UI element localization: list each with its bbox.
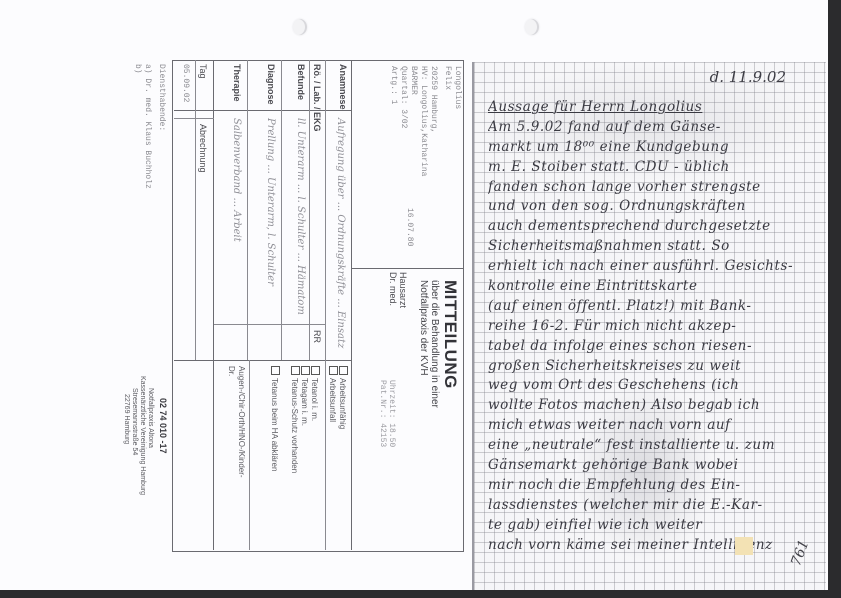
note-date: d. 11.9.02 [710, 68, 786, 86]
punch-hole-left [293, 19, 307, 35]
checkbox-tetagam[interactable]: Tetagam i. m. [300, 366, 310, 426]
practice-org: Kassenärztliche Vereinigung Hamburg [139, 376, 146, 495]
note-line: markt um 18⁰⁰ eine Kundgebung [488, 138, 823, 158]
scan-border-bottom [0, 590, 841, 598]
note-line: tabel da infolge eines schon riesen- [488, 337, 823, 357]
diensthabende-label: Diensthabende: [157, 64, 166, 131]
scan-border-right [828, 0, 841, 598]
rr-label: RR [312, 330, 322, 343]
note-text: Aussage für Herrn Longolius Am 5.9.02 fa… [488, 98, 823, 555]
form-title: MITTEILUNG [440, 280, 460, 389]
patient-birthdate: 16.07.80 [405, 208, 414, 246]
row-label-roentgen: Rö. / Lab. / EKG [312, 64, 322, 132]
note-line: te gab) einfiel wie ich weiter [488, 516, 823, 536]
checkbox-arbeitsunfall[interactable]: Arbeitsunfall [328, 366, 338, 422]
note-line: reihe 16-2. Für mich nicht akzep- [488, 317, 823, 337]
tag-value: 05.09.02 [181, 64, 190, 102]
abrechnung-label: Abrechnung [198, 124, 208, 173]
patient-city: 20259 Hamburg, [429, 66, 438, 133]
scanned-page: MITTEILUNG über die Behandlung in einer … [0, 0, 828, 590]
row-hand-befunde: ll. Unterarm ... l. Schulter ... Hämatom [295, 118, 306, 315]
row-label-diagnose: Diagnose [266, 64, 276, 105]
row-hand-diagnose: Prellung ... Unterarm, l. Schulter [265, 118, 276, 286]
sticky-tab [735, 537, 753, 555]
punch-hole-right [525, 19, 539, 35]
checkbox-tetanus-ha[interactable]: Tetanus beim HA abklären [270, 366, 280, 471]
note-line: m. E. Stoiber statt. CDU - üblich [488, 158, 823, 178]
row-label-therapie: Therapie [232, 64, 242, 102]
note-line: Am 5.9.02 fand auf dem Gänse- [488, 118, 823, 138]
note-line: mir noch die Empfehlung des Ein- [488, 476, 823, 496]
patient-surname: Longolius [453, 66, 462, 109]
note-line: auch dementsprechend durchgesetzte [488, 217, 823, 237]
note-line: weg vom Ort des Geschehens (ich [488, 376, 823, 396]
note-line: kontrolle eine Eintrittskarte [488, 277, 823, 297]
note-line: Aussage für Herrn Longolius [488, 98, 823, 118]
note-line: Sicherheitsmaßnahmen statt. So [488, 237, 823, 257]
medical-form: MITTEILUNG über die Behandlung in einer … [100, 58, 468, 598]
practice-phone: 02 74 010 -17 [158, 398, 168, 454]
referral-label: Augen-/Chir-Orth/HNO-/Kinder- [237, 366, 246, 478]
doctor-a: a) Dr. med. Klaus Buchholz [143, 64, 152, 189]
note-line: (auf einen öffentl. Platz!) mit Bank- [488, 297, 823, 317]
row-hand-anamnese: Aufregung über ... Ordnungskräfte ... Ei… [335, 118, 346, 348]
row-hand-therapie: Salbenverband ... Arbeit [231, 118, 242, 242]
hausarzt-dr-label: Dr. med. [388, 272, 398, 306]
handwritten-note: d. 11.9.02 Aussage für Herrn Longolius A… [472, 62, 826, 590]
note-line: fanden schon lange vorher strengste [488, 178, 823, 198]
note-line: großen Sicherheitskreises zu weit [488, 357, 823, 377]
patient-quarter: Quartal: 3/02 [399, 66, 408, 128]
note-line: nach vorn käme sei meiner Intelligenz [488, 536, 823, 556]
note-line: wollte Fotos machen) Also begab ich [488, 396, 823, 416]
note-line: lassdienstes (welcher mir die E.-Kar- [488, 496, 823, 516]
uhrzeit: Uhrzeit: 18.50 [387, 380, 396, 447]
note-line: Gänsemarkt gehörige Bank wobei [488, 456, 823, 476]
patient-status: Artg.: 1 [389, 66, 398, 104]
checkbox-tetanol[interactable]: Tetanol i. m. [310, 366, 320, 421]
form-subtitle-1: über die Behandlung in einer [429, 280, 440, 408]
note-line: und von den sog. Ordnungskräften [488, 197, 823, 217]
hausarzt-label: Hausarzt [398, 272, 408, 308]
practice-street: Stresemannstraße 54 [131, 388, 138, 455]
row-label-anamnese: Anamnese [338, 64, 348, 110]
row-label-befunde: Befunde [296, 64, 306, 100]
note-line: erhielt ich nach einer ausführl. Gesicht… [488, 257, 823, 277]
note-line: mich etwas weiter nach vorn auf [488, 416, 823, 436]
note-line: eine „neutrale“ fest installierte u. zum [488, 436, 823, 456]
patient-number: Pat.Nr.: 42153 [378, 380, 387, 447]
tag-label: Tag [198, 64, 208, 79]
referral-dr: Dr. [227, 366, 236, 376]
doctor-b: b) [133, 64, 142, 74]
patient-firstname: Felix [443, 66, 452, 90]
form-subtitle-2: Notfallpraxis der KVH [418, 280, 429, 376]
checkbox-arbeitsunfaehig[interactable]: Arbeitsunfähig [338, 366, 348, 429]
checkbox-tetanus-schutz[interactable]: Tetanus-Schutz vorhanden [290, 366, 300, 473]
practice-name: Notfallpraxis Altona [147, 388, 154, 448]
patient-insured: HV: Longolius,Katharina [419, 66, 428, 176]
patient-insurer: BARMER [409, 66, 418, 95]
practice-city: 22769 Hamburg [123, 394, 130, 444]
